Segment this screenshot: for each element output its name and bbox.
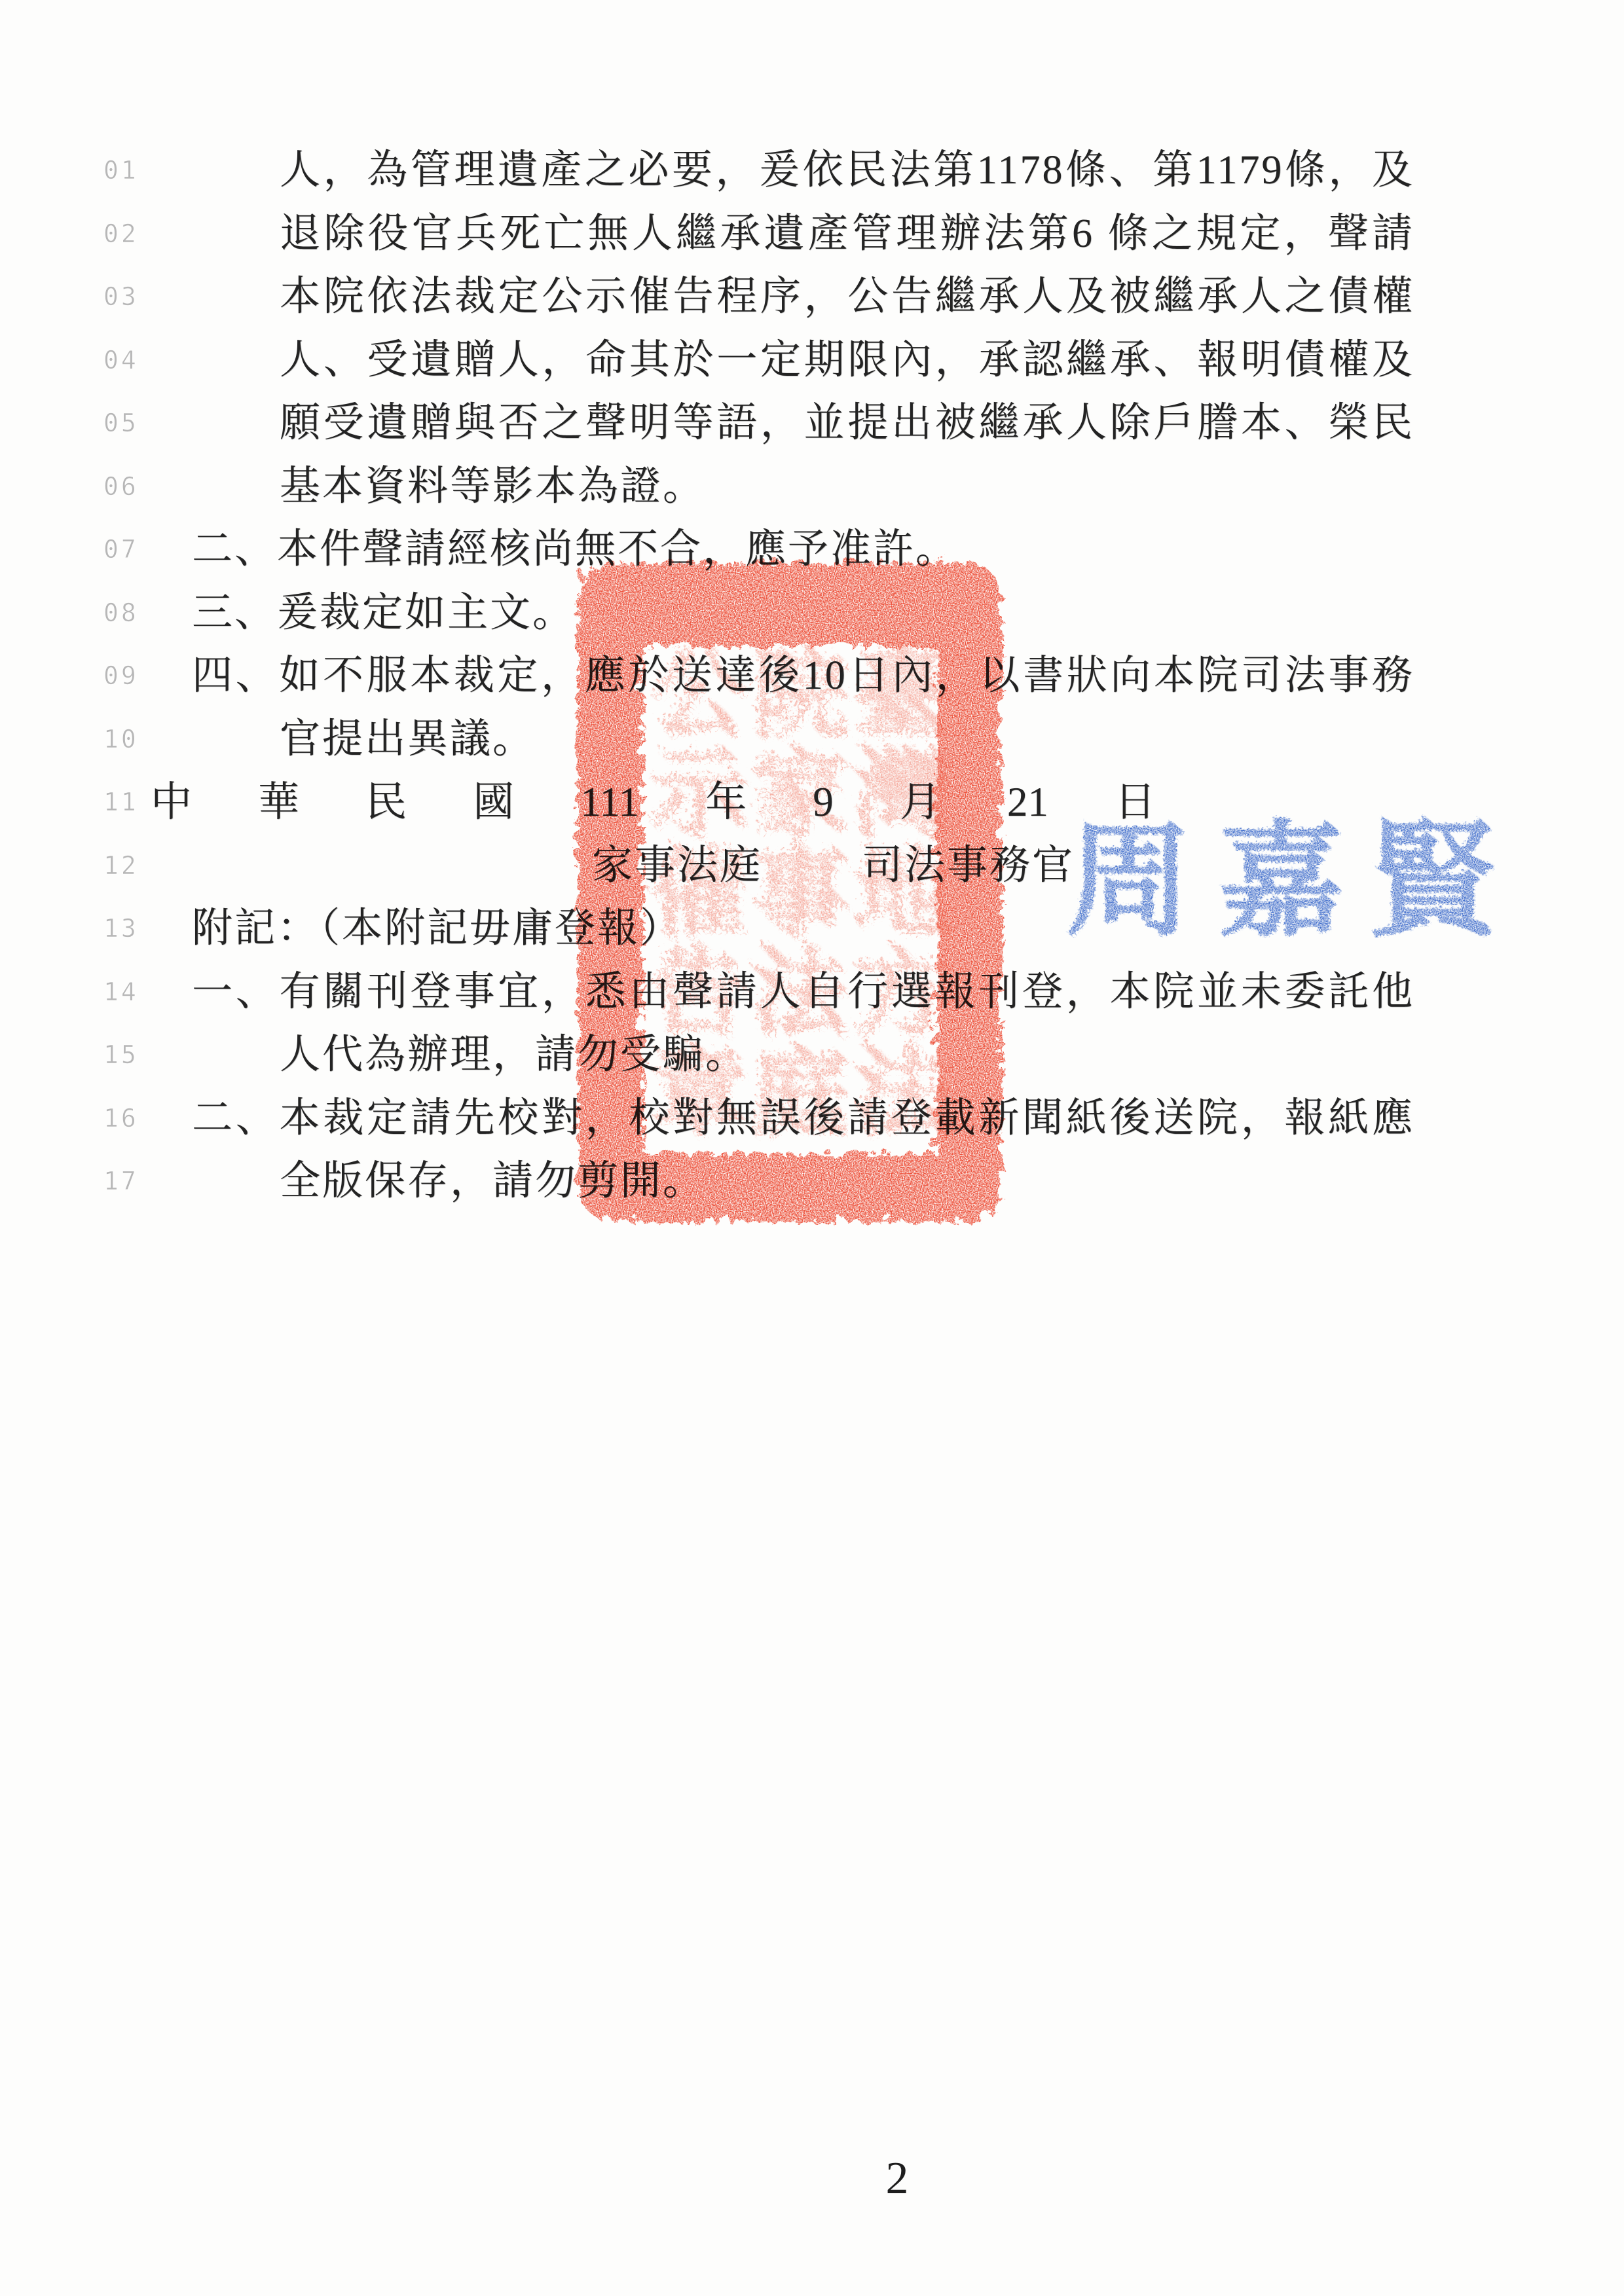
line-text: 人，為管理遺產之必要，爰依民法第1178條、第1179條，及 xyxy=(280,136,1414,204)
line-number: 07 xyxy=(103,515,139,583)
date-segment: 年 xyxy=(705,768,747,836)
line-text: 全版保存，請勿剪開。 xyxy=(280,1147,705,1215)
line-text: 四、如不服本裁定，應於送達後10日內，以書狀向本院司法事務 xyxy=(192,642,1414,710)
line-number: 03 xyxy=(103,263,139,331)
line-number: 05 xyxy=(103,389,139,457)
text-line: 17 全版保存，請勿剪開。 xyxy=(0,1147,1624,1215)
line-text: 基本資料等影本為證。 xyxy=(280,452,705,520)
line-number: 17 xyxy=(103,1147,139,1215)
court-division-label: 家事法庭 xyxy=(592,831,762,900)
line-text: 官提出異議。 xyxy=(280,705,535,773)
text-line: 15 人代為辦理，請勿受騙。 xyxy=(0,1021,1624,1089)
text-line: 14 一、有關刊登事宜，悉由聲請人自行選報刊登，本院並未委託他 xyxy=(0,958,1624,1026)
line-text: 退除役官兵死亡無人繼承遺產管理辦法第6 條之規定，聲請 xyxy=(280,200,1414,268)
line-text: 二、本件聲請經核尚無不合，應予准許。 xyxy=(192,515,958,583)
line-number: 13 xyxy=(103,894,139,962)
text-line: 16 二、本裁定請先校對，校對無誤後請登載新聞紙後送院，報紙應 xyxy=(0,1084,1624,1152)
date-segment-year: 111 xyxy=(580,768,639,836)
line-number: 06 xyxy=(103,452,139,520)
date-segment: 民 xyxy=(365,768,407,836)
line-number: 14 xyxy=(103,958,139,1026)
line-text: 二、本裁定請先校對，校對無誤後請登載新聞紙後送院，報紙應 xyxy=(192,1084,1414,1152)
signature-title-line: 12 家事法庭 司法事務官 xyxy=(0,831,1624,900)
text-line: 13 附記：（本附記毋庸登報） xyxy=(0,894,1624,962)
scanned-court-ruling-page: 01 人，為管理遺產之必要，爰依民法第1178條、第1179條，及 02 退除役… xyxy=(0,0,1624,2296)
date-text: 中 華 民 國 111 年 9 月 21 日 xyxy=(151,768,1156,836)
date-segment: 華 xyxy=(258,768,299,836)
line-text: 一、有關刊登事宜，悉由聲請人自行選報刊登，本院並未委託他 xyxy=(192,958,1414,1026)
text-line: 01 人，為管理遺產之必要，爰依民法第1178條、第1179條，及 xyxy=(0,136,1624,204)
text-line: 05 願受遺贈與否之聲明等語，並提出被繼承人除戶謄本、榮民 xyxy=(0,389,1624,457)
line-number: 11 xyxy=(103,768,139,836)
date-segment: 日 xyxy=(1115,768,1156,836)
text-line: 08 三、爰裁定如主文。 xyxy=(0,579,1624,647)
date-line: 11 中 華 民 國 111 年 9 月 21 日 xyxy=(0,768,1624,836)
line-text: 附記：（本附記毋庸登報） xyxy=(192,894,682,962)
text-line: 10 官提出異議。 xyxy=(0,705,1624,773)
line-number: 01 xyxy=(103,136,139,204)
text-line: 07 二、本件聲請經核尚無不合，應予准許。 xyxy=(0,515,1624,583)
signature-title-text: 家事法庭 司法事務官 xyxy=(592,831,1075,900)
text-line: 04 人、受遺贈人，命其於一定期限內，承認繼承、報明債權及 xyxy=(0,326,1624,394)
line-text: 人、受遺贈人，命其於一定期限內，承認繼承、報明債權及 xyxy=(280,326,1414,394)
line-text: 人代為辦理，請勿受騙。 xyxy=(280,1021,748,1089)
date-segment: 中 xyxy=(151,768,192,836)
date-segment-day: 21 xyxy=(1007,768,1048,836)
line-text: 三、爰裁定如主文。 xyxy=(192,579,575,647)
text-line: 02 退除役官兵死亡無人繼承遺產管理辦法第6 條之規定，聲請 xyxy=(0,200,1624,268)
text-line: 03 本院依法裁定公示催告程序，公告繼承人及被繼承人之債權 xyxy=(0,263,1624,331)
text-line: 09 四、如不服本裁定，應於送達後10日內，以書狀向本院司法事務 xyxy=(0,642,1624,710)
date-segment-month: 9 xyxy=(813,768,834,836)
line-number: 04 xyxy=(103,326,139,394)
line-number: 09 xyxy=(103,642,139,710)
text-line: 06 基本資料等影本為證。 xyxy=(0,452,1624,520)
line-number: 15 xyxy=(103,1021,139,1089)
line-number: 16 xyxy=(103,1084,139,1152)
date-segment: 國 xyxy=(473,768,514,836)
line-number: 02 xyxy=(103,200,139,268)
line-number: 10 xyxy=(103,705,139,773)
line-number: 12 xyxy=(103,831,139,900)
line-text: 本院依法裁定公示催告程序，公告繼承人及被繼承人之債權 xyxy=(280,263,1414,331)
officer-title-label: 司法事務官 xyxy=(862,831,1075,900)
line-number: 08 xyxy=(103,579,139,647)
page-number: 2 xyxy=(870,2153,925,2205)
date-segment: 月 xyxy=(900,768,941,836)
line-text: 願受遺贈與否之聲明等語，並提出被繼承人除戶謄本、榮民 xyxy=(280,389,1414,457)
